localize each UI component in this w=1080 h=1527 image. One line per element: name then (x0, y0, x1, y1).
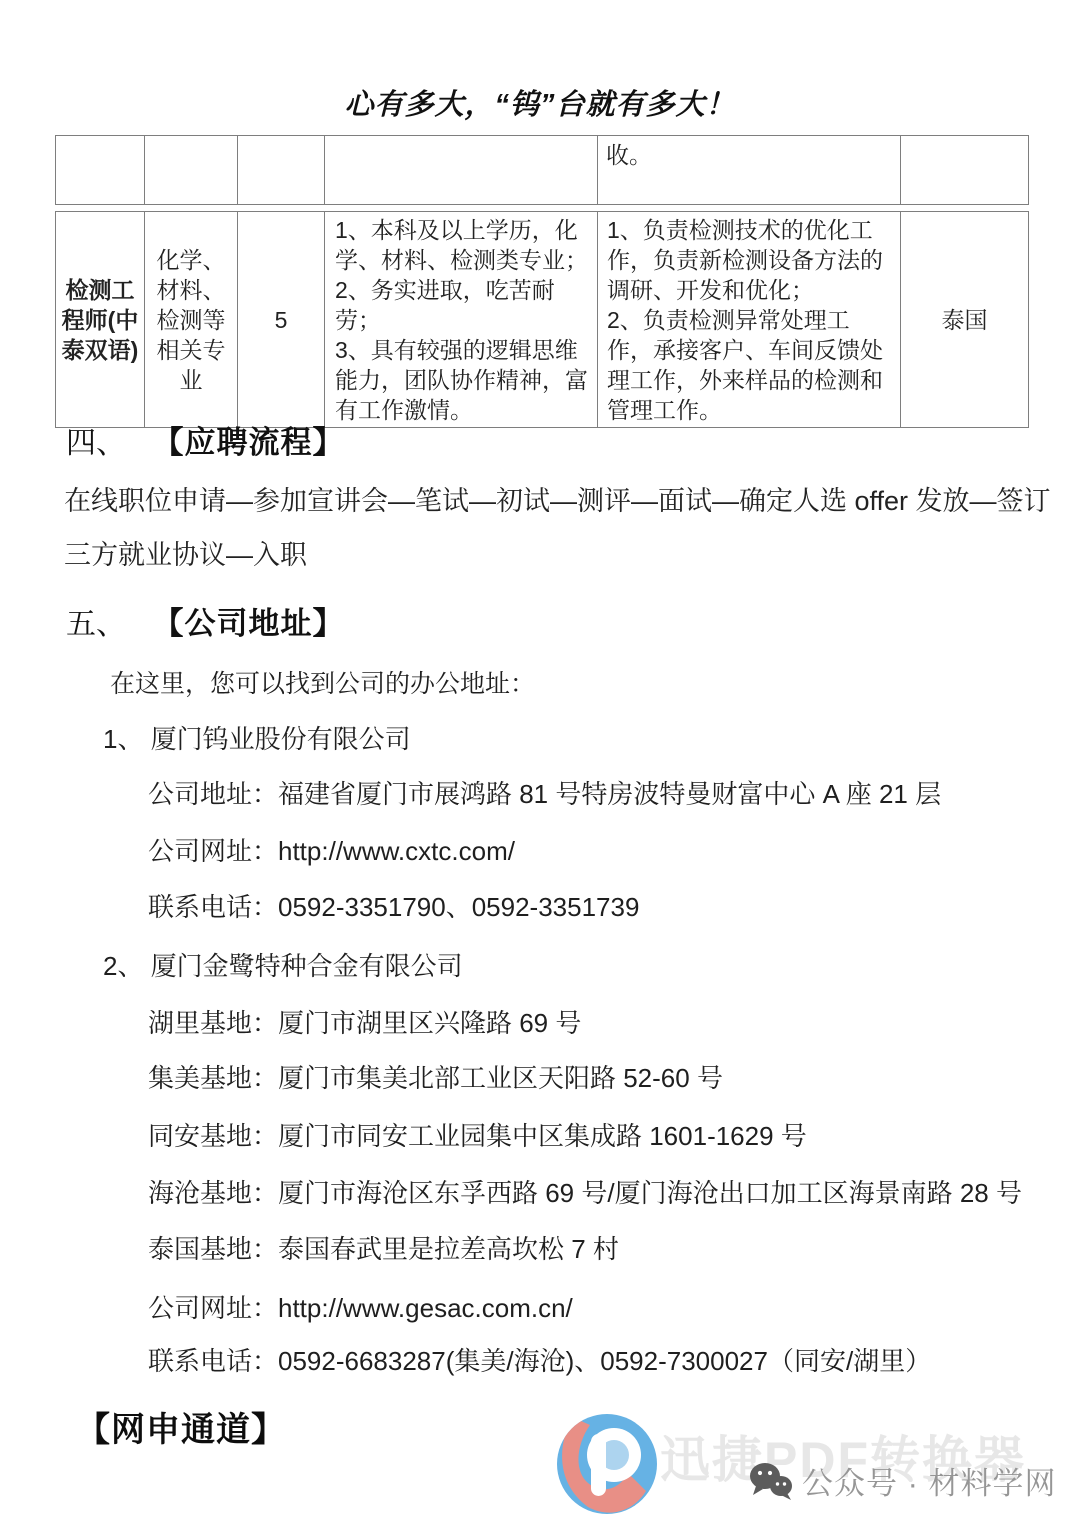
table-row: 收。 (56, 136, 1029, 205)
process-flow-line-2: 三方就业协议—入职 (64, 533, 307, 572)
page-title: 心有多大，“钨”台就有多大！ (0, 82, 1080, 123)
company-2-haicang-line: 海沧基地：厦门市海沧区东孚西路 69 号/厦门海沧出口加工区海景南路 28 号 (148, 1173, 1022, 1210)
empty-cell (901, 136, 1029, 205)
company-2-jimei-line: 集美基地：厦门市集美北部工业区天阳路 52-60 号 (148, 1058, 723, 1095)
headcount-cell: 5 (238, 212, 325, 428)
empty-cell (56, 136, 145, 205)
watermark-account-text: 公众号 · 材料学网 (802, 1458, 1057, 1503)
empty-cell (325, 136, 598, 205)
position-cell: 检测工程师(中泰双语) (56, 212, 145, 428)
company-1-address-line: 公司地址：福建省厦门市展鸿路 81 号特房波特曼财富中心 A 座 21 层 (148, 774, 941, 811)
job-table-row: 检测工程师(中泰双语) 化学、材料、检测等相关专业 5 1、本科及以上学历，化学… (55, 211, 1029, 428)
section-title: 【公司地址】 (168, 606, 345, 641)
company-2-thailand-line: 泰国基地：泰国春武里是拉差高坎松 7 村 (148, 1229, 619, 1266)
address-intro: 在这里，您可以找到公司的办公地址： (110, 664, 535, 700)
section-number: 五、 (66, 608, 126, 641)
pdf-converter-logo-icon (556, 1413, 658, 1515)
location-cell: 泰国 (901, 212, 1029, 428)
empty-cell (238, 136, 325, 205)
watermark-account-row: 公众号 · 材料学网 (748, 1458, 1057, 1503)
company-1-phone-line: 联系电话：0592-3351790、0592-3351739 (148, 887, 639, 924)
section-number: 四、 (66, 427, 126, 460)
section-heading-process: 四、【应聘流程】 (66, 417, 345, 462)
job-table-continuation: 收。 (55, 135, 1029, 205)
company-2-website-line: 公司网址：http://www.gesac.com.cn/ (148, 1288, 573, 1325)
apply-channel-heading: 【网申通道】 (76, 1402, 286, 1451)
process-flow-line-1: 在线职位申请—参加宣讲会—笔试—初试—测评—面试—确定人选 offer 发放—签… (64, 479, 1051, 518)
duties-cell: 1、负责检测技术的优化工作，负责新检测设备方法的调研、开发和优化； 2、负责检测… (598, 212, 901, 428)
company-1-website-line: 公司网址：http://www.cxtc.com/ (148, 831, 515, 868)
wechat-icon (748, 1461, 794, 1501)
company-2-tongan-line: 同安基地：厦门市同安工业园集中区集成路 1601-1629 号 (148, 1116, 807, 1153)
company-2-huli-line: 湖里基地：厦门市湖里区兴隆路 69 号 (148, 1003, 581, 1040)
empty-cell (145, 136, 238, 205)
section-title: 【应聘流程】 (168, 425, 345, 460)
major-cell: 化学、材料、检测等相关专业 (145, 212, 238, 428)
table-row: 检测工程师(中泰双语) 化学、材料、检测等相关专业 5 1、本科及以上学历，化学… (56, 212, 1029, 428)
company-2-phone-line: 联系电话：0592-6683287(集美/海沧)、0592-7300027（同安… (148, 1341, 931, 1378)
requirements-cell: 1、本科及以上学历，化学、材料、检测类专业； 2、务实进取，吃苦耐劳； 3、具有… (325, 212, 598, 428)
document-page: 心有多大，“钨”台就有多大！ 收。 检测工程师(中泰双语) 化学、材料、检测等相… (0, 0, 1080, 1527)
company-2-name: 2、 厦门金鹭特种合金有限公司 (103, 946, 463, 983)
section-heading-address: 五、【公司地址】 (66, 598, 345, 643)
duties-continuation-cell: 收。 (598, 136, 901, 205)
company-1-name: 1、 厦门钨业股份有限公司 (103, 719, 411, 756)
